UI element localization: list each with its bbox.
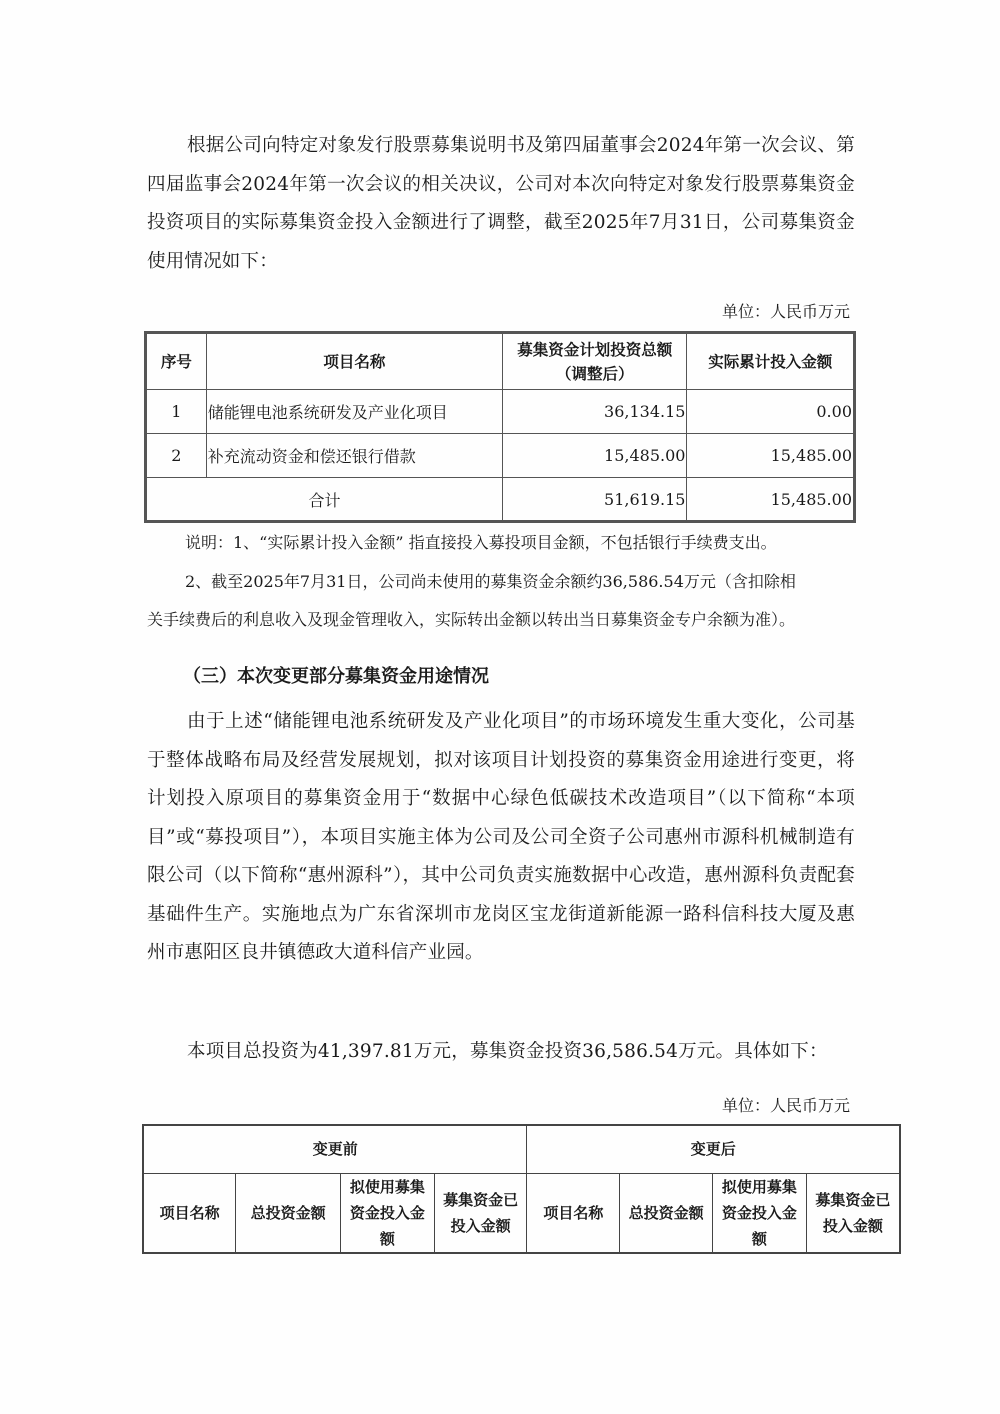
row-seq: 2 [146,434,207,478]
note-1: 说明：1、“实际累计投入金额” 指直接投入募投项目金额，不包括银行手续费支出。 [185,533,777,553]
col-before-project-name: 项目名称 [143,1173,236,1253]
table-row: 1 储能锂电池系统研发及产业化项目 36,134.15 0.00 [146,390,855,434]
fund-usage-table: 序号 项目名称 募集资金计划投资总额 （调整后） 实际累计投入金额 1 储能锂电… [144,331,856,523]
col-after-planned-funds: 拟使用募集资金投入金额 [712,1173,806,1253]
row-actual-amount: 15,485.00 [687,434,855,478]
group-after: 变更后 [527,1125,900,1173]
group-header-row: 变更前 变更后 [143,1125,900,1173]
header-actual-amount: 实际累计投入金额 [687,333,855,390]
document-page: 根据公司向特定对象发行股票募集说明书及第四届董事会2024年第一次会议、第四届监… [0,0,1000,1414]
col-before-total-investment: 总投资金额 [236,1173,341,1253]
header-planned-line1: 募集资金计划投资总额 [504,338,685,362]
header-planned-line2: （调整后） [504,362,685,386]
row-actual-amount: 0.00 [687,390,855,434]
intro-paragraph: 根据公司向特定对象发行股票募集说明书及第四届董事会2024年第一次会议、第四届监… [147,127,855,281]
col-after-project-name: 项目名称 [527,1173,620,1253]
header-seq: 序号 [146,333,207,390]
col-before-planned-funds: 拟使用募集资金投入金额 [340,1173,434,1253]
total-actual-amount: 15,485.00 [687,478,855,522]
table-row: 2 补充流动资金和偿还银行借款 15,485.00 15,485.00 [146,434,855,478]
note-2-line1: 2、截至2025年7月31日，公司尚未使用的募集资金余额约36,586.54万元… [185,572,796,592]
row-planned-amount: 15,485.00 [503,434,687,478]
col-after-total-investment: 总投资金额 [620,1173,713,1253]
row-project-name: 储能锂电池系统研发及产业化项目 [206,390,502,434]
table-header-row: 序号 项目名称 募集资金计划投资总额 （调整后） 实际累计投入金额 [146,333,855,390]
column-header-row: 项目名称 总投资金额 拟使用募集资金投入金额 募集资金已投入金额 项目名称 总投… [143,1173,900,1253]
row-planned-amount: 36,134.15 [503,390,687,434]
table2-unit-label: 单位：人民币万元 [722,1096,850,1116]
group-before: 变更前 [143,1125,527,1173]
note-2-line2: 关手续费后的利息收入及现金管理收入，实际转出金额以转出当日募集资金专户余额为准）… [147,610,795,630]
col-before-invested-funds: 募集资金已投入金额 [434,1173,527,1253]
total-planned-amount: 51,619.15 [503,478,687,522]
row-project-name: 补充流动资金和偿还银行借款 [206,434,502,478]
section-heading: （三）本次变更部分募集资金用途情况 [183,662,489,688]
header-planned-amount: 募集资金计划投资总额 （调整后） [503,333,687,390]
col-after-invested-funds: 募集资金已投入金额 [806,1173,900,1253]
total-label: 合计 [146,478,503,522]
change-comparison-table: 变更前 变更后 项目名称 总投资金额 拟使用募集资金投入金额 募集资金已投入金额… [142,1124,901,1254]
table1-unit-label: 单位：人民币万元 [722,302,850,322]
change-paragraph: 由于上述“储能锂电池系统研发及产业化项目”的市场环境发生重大变化，公司基于整体战… [147,703,855,973]
header-project-name: 项目名称 [206,333,502,390]
row-seq: 1 [146,390,207,434]
table-total-row: 合计 51,619.15 15,485.00 [146,478,855,522]
investment-paragraph: 本项目总投资为41,397.81万元，募集资金投资36,586.54万元。具体如… [147,1033,855,1072]
